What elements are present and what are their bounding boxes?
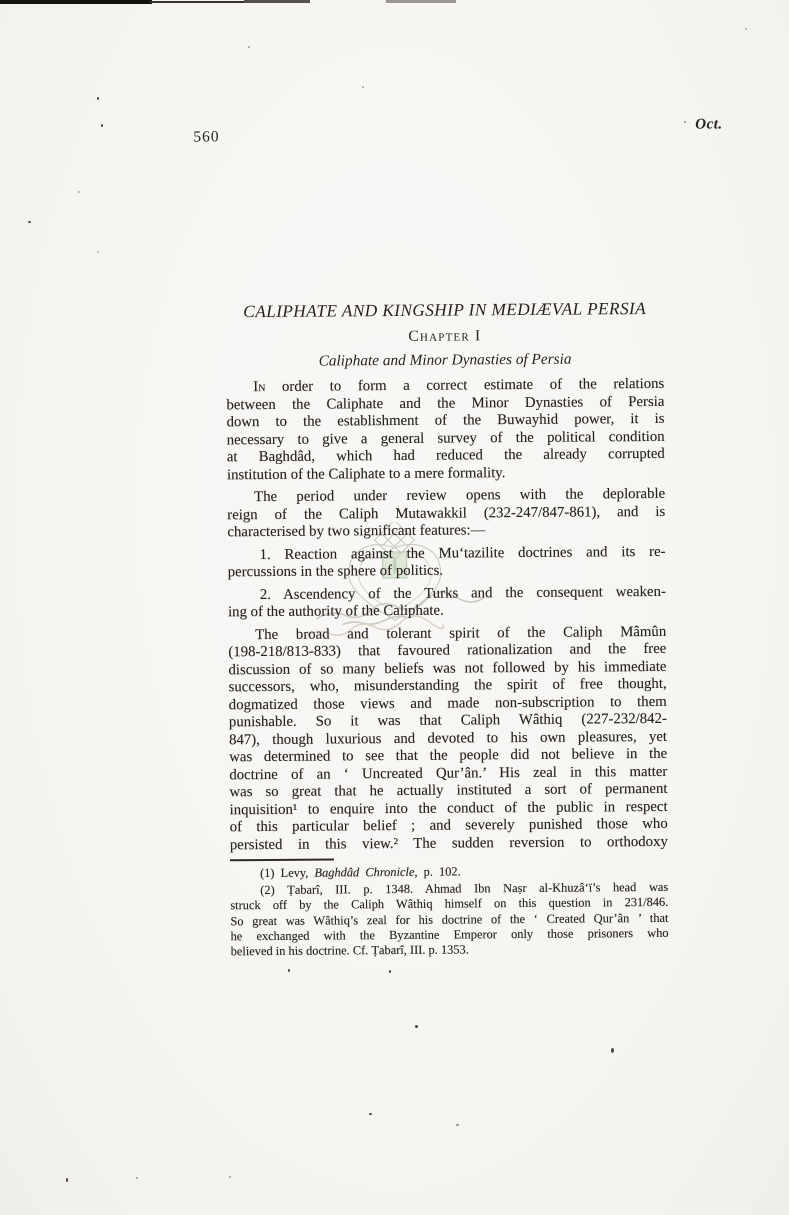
footnotes-section: (1) Levy, Baghdâd Chronicle, p. 102. (2)… <box>230 856 669 960</box>
paragraph-1: In order to form a correct estimate of t… <box>226 376 665 484</box>
paragraph-lead-smallcaps: In <box>253 379 265 395</box>
text-line: 1. Reaction against the Mu‘tazilite doct… <box>228 543 666 564</box>
footnote-1: (1) Levy, Baghdâd Chronicle, p. 102. <box>230 863 668 882</box>
cited-work-title: Baghdâd Chronicle <box>314 865 414 880</box>
page-content: 560 Oct. CALIPHATE AND KINGSHIP IN MEDIÆ… <box>0 0 789 1215</box>
section-title: Caliphate and Minor Dynasties of Persia <box>226 350 664 371</box>
list-item-2: 2. Ascendency of the Turks and the conse… <box>228 583 666 621</box>
text-line: percussions in the sphere of politics. <box>228 561 666 582</box>
body-text-column: In order to form a correct estimate of t… <box>226 376 669 962</box>
paragraph-3: The broad and tolerant spirit of the Cal… <box>228 623 668 854</box>
footnote-2: (2) Ṭabarî, III. p. 1348. Ahmad Ibn Naṣr… <box>230 880 669 959</box>
chapter-heading: Chapter I <box>226 326 664 347</box>
footnote-line: believed in his doctrine. Cf. Ṭabarî, II… <box>231 941 669 960</box>
footnote-text: , p. 102. <box>414 864 460 878</box>
text-line: institution of the Caliphate to a mere f… <box>227 463 665 484</box>
text-line: 2. Ascendency of the Turks and the conse… <box>228 583 666 604</box>
list-item-1: 1. Reaction against the Mu‘tazilite doct… <box>228 543 666 581</box>
page-number: 560 <box>193 128 219 146</box>
text-line: at Baghdâd, which had reduced the alread… <box>227 446 665 467</box>
article-title: CALIPHATE AND KINGSHIP IN MEDIÆVAL PERSI… <box>226 299 664 322</box>
issue-month-label: Oct. <box>695 116 723 133</box>
footnote-text: (1) Levy, <box>260 866 315 880</box>
text-line: persisted in this view.² The sudden reve… <box>230 833 668 854</box>
scanned-page: 560 Oct. CALIPHATE AND KINGSHIP IN MEDIÆ… <box>0 0 789 1215</box>
text-line: characterised by two significant feature… <box>227 521 665 542</box>
text-line: reign of the Caliph Mutawakkil (232-247/… <box>227 503 665 524</box>
paragraph-2: The period under review opens with the d… <box>227 486 665 542</box>
text-line: ing of the authority of the Caliphate. <box>228 601 666 622</box>
footnote-divider <box>230 858 334 861</box>
